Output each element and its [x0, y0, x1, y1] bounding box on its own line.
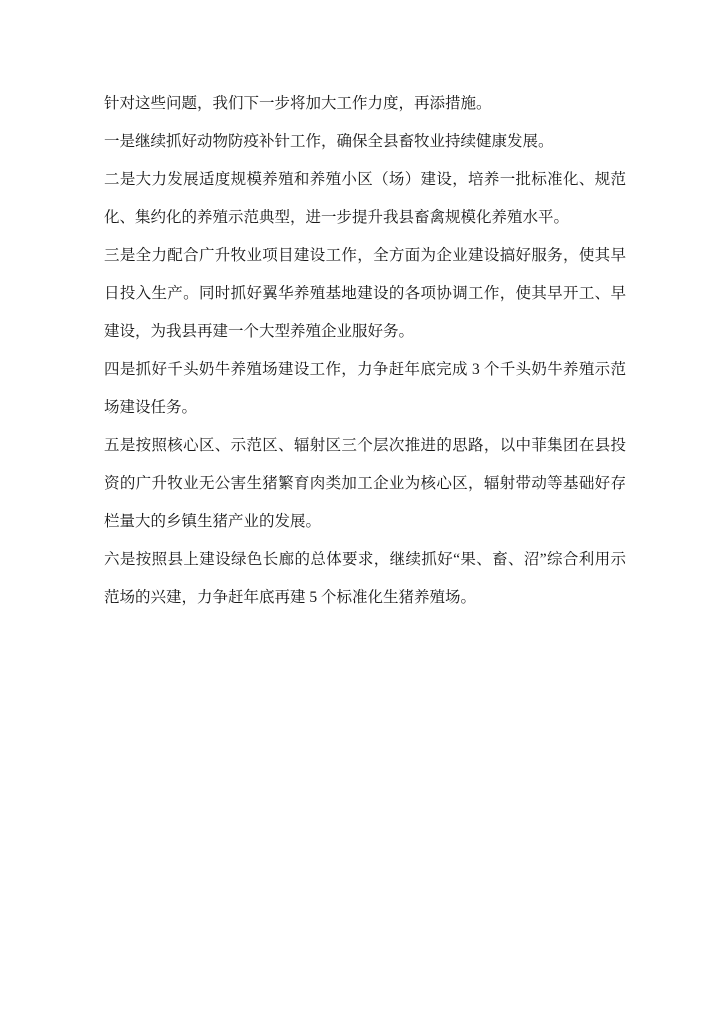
paragraph-point-5: 五是按照核心区、示范区、辐射区三个层次推进的思路，以中菲集团在县投资的广升牧业无…: [104, 427, 626, 541]
document-page: 针对这些问题，我们下一步将加大工作力度，再添措施。 一是继续抓好动物防疫补针工作…: [0, 0, 721, 1020]
paragraph-point-2: 二是大力发展适度规模养殖和养殖小区（场）建设，培养一批标准化、规范化、集约化的养…: [104, 161, 626, 237]
paragraph-point-3: 三是全力配合广升牧业项目建设工作，全方面为企业建设搞好服务，使其早日投入生产。同…: [104, 237, 626, 351]
document-body: 针对这些问题，我们下一步将加大工作力度，再添措施。 一是继续抓好动物防疫补针工作…: [104, 85, 626, 617]
paragraph-point-1: 一是继续抓好动物防疫补针工作，确保全县畜牧业持续健康发展。: [104, 123, 626, 161]
paragraph-intro: 针对这些问题，我们下一步将加大工作力度，再添措施。: [104, 85, 626, 123]
paragraph-point-4: 四是抓好千头奶牛养殖场建设工作，力争赶年底完成 3 个千头奶牛养殖示范场建设任务…: [104, 351, 626, 427]
paragraph-point-6: 六是按照县上建设绿色长廊的总体要求，继续抓好“果、畜、沼”综合利用示范场的兴建，…: [104, 541, 626, 617]
